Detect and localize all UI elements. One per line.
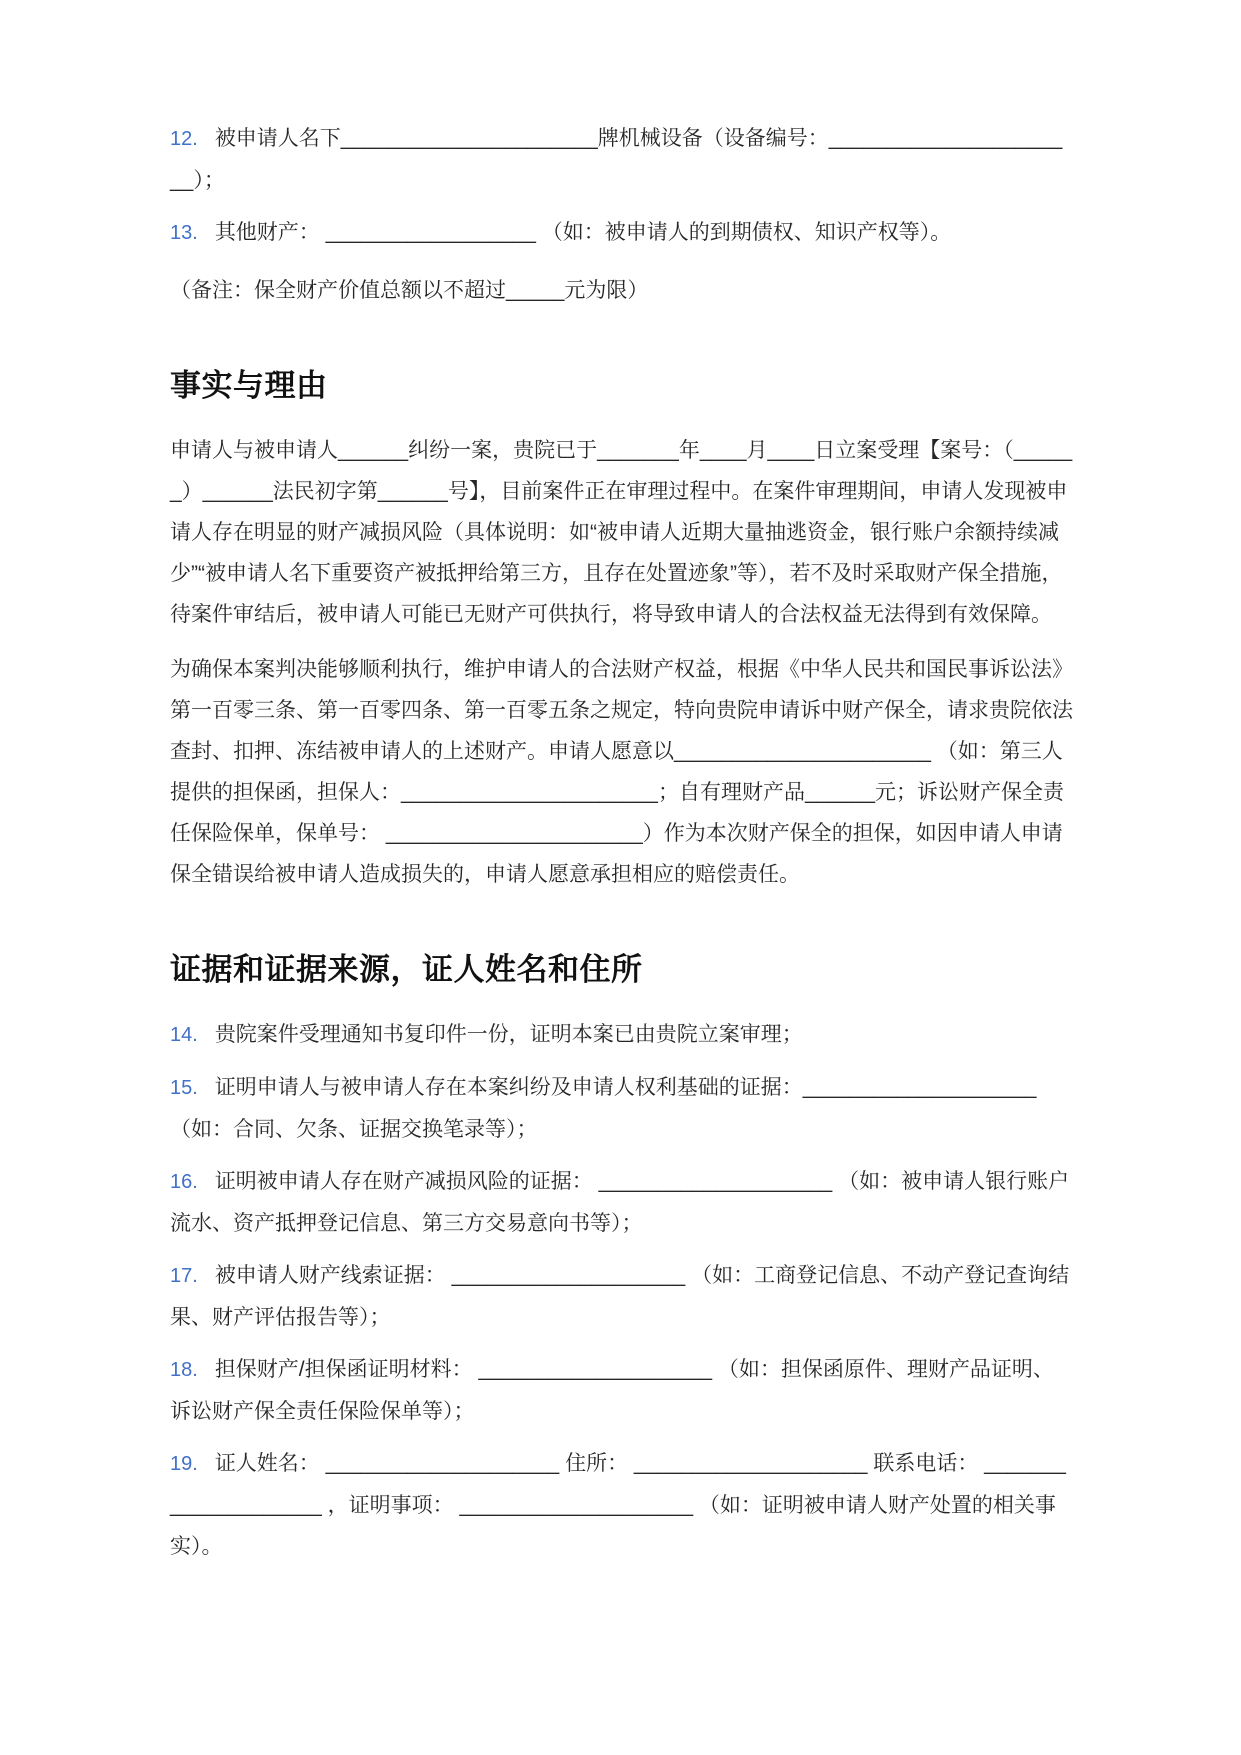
document-page: 12.被申请人名下______________________牌机械设备（设备编… [0,0,1241,1567]
list-item-text: 其他财产： __________________ （如：被申请人的到期债权、知识… [215,221,951,244]
list-item-number: 13. [170,222,198,244]
list-item: 14.贵院案件受理通知书复印件一份，证明本案已由贵院立案审理； [170,1014,1073,1056]
evidence-section: 证据和证据来源，证人姓名和住所 14.贵院案件受理通知书复印件一份，证明本案已由… [170,952,1073,1567]
list-item-number: 15. [170,1077,198,1099]
facts-paragraph: 申请人与被申请人______纠纷一案，贵院已于_______年____月____… [170,430,1073,635]
list-item-text: 证明被申请人存在财产减损风险的证据： ____________________ … [170,1170,1069,1235]
list-item-text: 被申请人财产线索证据： ____________________ （如：工商登记… [170,1264,1069,1329]
evidence-list: 14.贵院案件受理通知书复印件一份，证明本案已由贵院立案审理； 15.证明申请人… [170,1014,1073,1567]
list-item-number: 12. [170,128,198,150]
list-item: 15.证明申请人与被申请人存在本案纠纷及申请人权利基础的证据：_________… [170,1067,1073,1150]
list-item-number: 18. [170,1359,198,1381]
list-item-number: 17. [170,1265,198,1287]
note-paragraph: （备注：保全财产价值总额以不超过_____元为限） [170,270,1073,311]
facts-section: 事实与理由 申请人与被申请人______纠纷一案，贵院已于_______年___… [170,368,1073,895]
list-item: 12.被申请人名下______________________牌机械设备（设备编… [170,118,1073,201]
evidence-section-heading: 证据和证据来源，证人姓名和住所 [170,952,1073,988]
list-item-text: 证人姓名： ____________________ 住所： _________… [170,1452,1066,1558]
list-item-text: 被申请人名下______________________牌机械设备（设备编号：_… [170,127,1062,192]
facts-paragraphs: 申请人与被申请人______纠纷一案，贵院已于_______年____月____… [170,430,1073,895]
list-item-text: 担保财产/担保函证明材料： ____________________ （如：担保… [170,1358,1054,1423]
list-item-text: 贵院案件受理通知书复印件一份，证明本案已由贵院立案审理； [215,1023,803,1046]
list-item-number: 16. [170,1171,198,1193]
facts-section-heading: 事实与理由 [170,368,1073,404]
list-item: 18.担保财产/担保函证明材料： ____________________ （如… [170,1349,1073,1432]
list-item: 13.其他财产： __________________ （如：被申请人的到期债权… [170,212,1073,254]
list-item: 17.被申请人财产线索证据： ____________________ （如：工… [170,1255,1073,1338]
list-item-number: 19. [170,1453,198,1475]
facts-paragraph: 为确保本案判决能够顺利执行，维护申请人的合法财产权益，根据《中华人民共和国民事诉… [170,649,1073,895]
list-item-text: 证明申请人与被申请人存在本案纠纷及申请人权利基础的证据：____________… [170,1076,1036,1141]
list-item: 19.证人姓名： ____________________ 住所： ______… [170,1443,1073,1567]
list-item: 16.证明被申请人存在财产减损风险的证据： __________________… [170,1161,1073,1244]
property-list: 12.被申请人名下______________________牌机械设备（设备编… [170,118,1073,254]
list-item-number: 14. [170,1024,198,1046]
